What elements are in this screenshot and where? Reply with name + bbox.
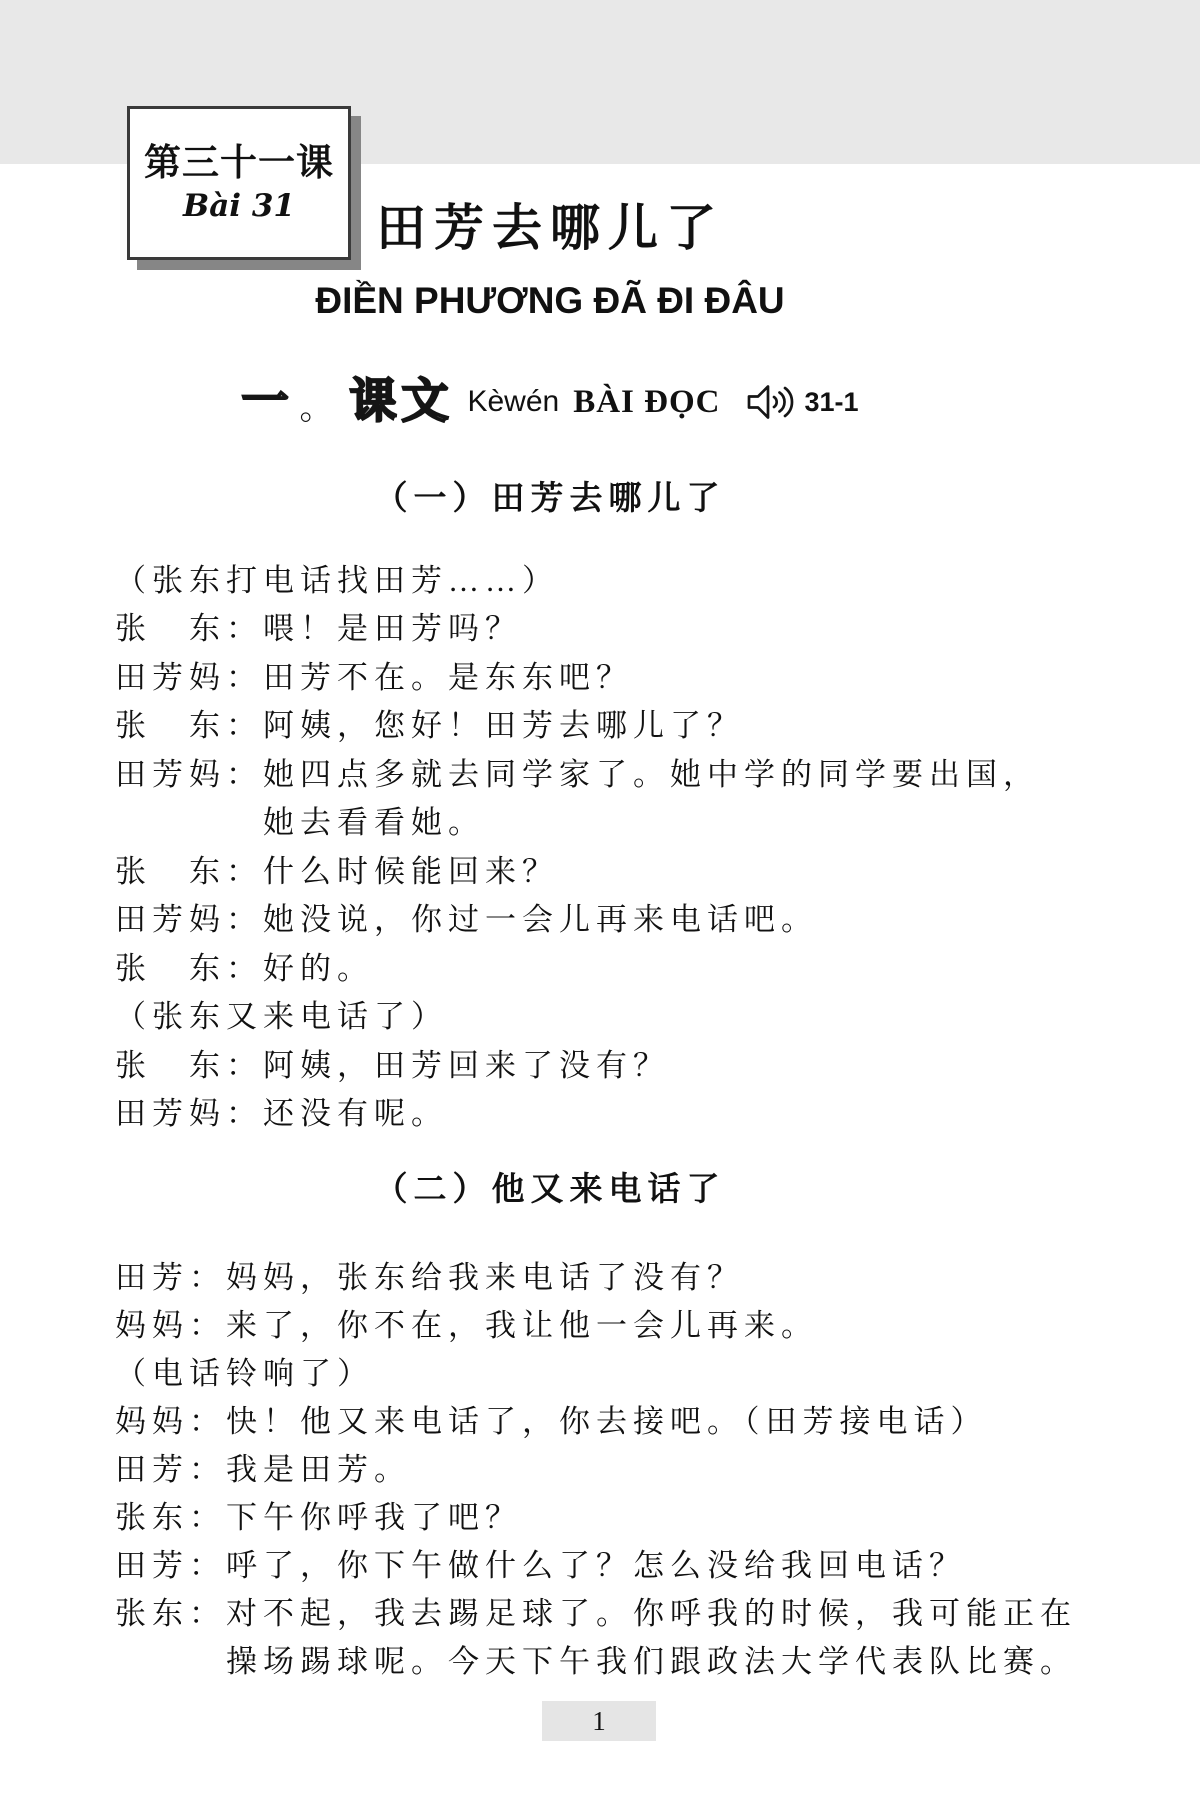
part1-dialogue: （张东打电话找田芳……）张 东：喂！是田芳吗？田芳妈：田芳不在。是东东吧？张 东… bbox=[115, 556, 1100, 1138]
dialogue-line: 妈妈：快！他又来电话了，你去接吧。（田芳接电话） bbox=[115, 1397, 1100, 1445]
dialogue-line: （电话铃响了） bbox=[115, 1349, 1100, 1397]
section-label-vietnamese: BÀI ĐỌC bbox=[573, 386, 720, 419]
section-label-pinyin: Kèwén bbox=[467, 387, 559, 417]
dialogue-line: 张东：下午你呼我了吧？ bbox=[115, 1493, 1100, 1541]
dialogue-line: 田芳：我是田芳。 bbox=[115, 1445, 1100, 1493]
audio-indicator: 31-1 bbox=[744, 383, 858, 421]
lesson-number-box: 第三十一课 Bài 31 bbox=[127, 106, 351, 260]
section-number-outlined: 一 bbox=[241, 379, 293, 426]
dialogue-line: 张 东：阿姨，田芳回来了没有？ bbox=[115, 1041, 1100, 1090]
lesson-number-vietnamese: Bài 31 bbox=[183, 189, 295, 223]
section-label-chinese-outlined: 课文 bbox=[349, 379, 453, 426]
dialogue-line: 田芳：妈妈，张东给我来电话了没有？ bbox=[115, 1253, 1100, 1301]
part2-dialogue: 田芳：妈妈，张东给我来电话了没有？妈妈：来了，你不在，我让他一会儿再来。（电话铃… bbox=[115, 1253, 1100, 1685]
page-number-box: 1 bbox=[542, 1701, 656, 1741]
page-number: 1 bbox=[592, 1706, 606, 1737]
dialogue-line: 张东：对不起，我去踢足球了。你呼我的时候，我可能正在 bbox=[115, 1589, 1100, 1637]
dialogue-line: （张东又来电话了） bbox=[115, 993, 1100, 1042]
dialogue-line: 田芳妈：田芳不在。是东东吧？ bbox=[115, 653, 1100, 702]
textbook-page: 第三十一课 Bài 31 田芳去哪儿了 ĐIỀN PHƯƠNG ĐÃ ĐI ĐÂ… bbox=[0, 0, 1200, 1800]
part1-heading: （一）田芳去哪儿了 bbox=[0, 478, 1100, 520]
dialogue-line: 操场踢球呢。今天下午我们跟政法大学代表队比赛。 bbox=[115, 1637, 1100, 1685]
dialogue-line: （张东打电话找田芳……） bbox=[115, 556, 1100, 605]
audio-track-number: 31-1 bbox=[804, 389, 858, 416]
dialogue-line: 张 东：什么时候能回来？ bbox=[115, 847, 1100, 896]
lesson-number-chinese: 第三十一课 bbox=[144, 143, 334, 184]
dialogue-line: 妈妈：来了，你不在，我让他一会儿再来。 bbox=[115, 1301, 1100, 1349]
lesson-title-vietnamese: ĐIỀN PHƯƠNG ĐÃ ĐI ĐÂU bbox=[0, 278, 1100, 324]
dialogue-line: 张 东：阿姨，您好！田芳去哪儿了？ bbox=[115, 702, 1100, 751]
part2-heading: （二）他又来电话了 bbox=[0, 1169, 1100, 1211]
section-number-punct: 。 bbox=[299, 392, 333, 426]
dialogue-line: 田芳妈：她四点多就去同学家了。她中学的同学要出国， bbox=[115, 750, 1100, 799]
dialogue-line: 田芳：呼了，你下午做什么了？怎么没给我回电话？ bbox=[115, 1541, 1100, 1589]
section-heading-kewen: 一 。 课文 Kèwén BÀI ĐỌC 31-1 bbox=[0, 374, 1100, 430]
dialogue-line: 张 东：喂！是田芳吗？ bbox=[115, 605, 1100, 654]
dialogue-line: 田芳妈：她没说，你过一会儿再来电话吧。 bbox=[115, 896, 1100, 945]
dialogue-line: 她去看看她。 bbox=[115, 799, 1100, 848]
dialogue-line: 张 东：好的。 bbox=[115, 944, 1100, 993]
speaker-icon bbox=[744, 383, 798, 421]
dialogue-line: 田芳妈：还没有呢。 bbox=[115, 1090, 1100, 1139]
